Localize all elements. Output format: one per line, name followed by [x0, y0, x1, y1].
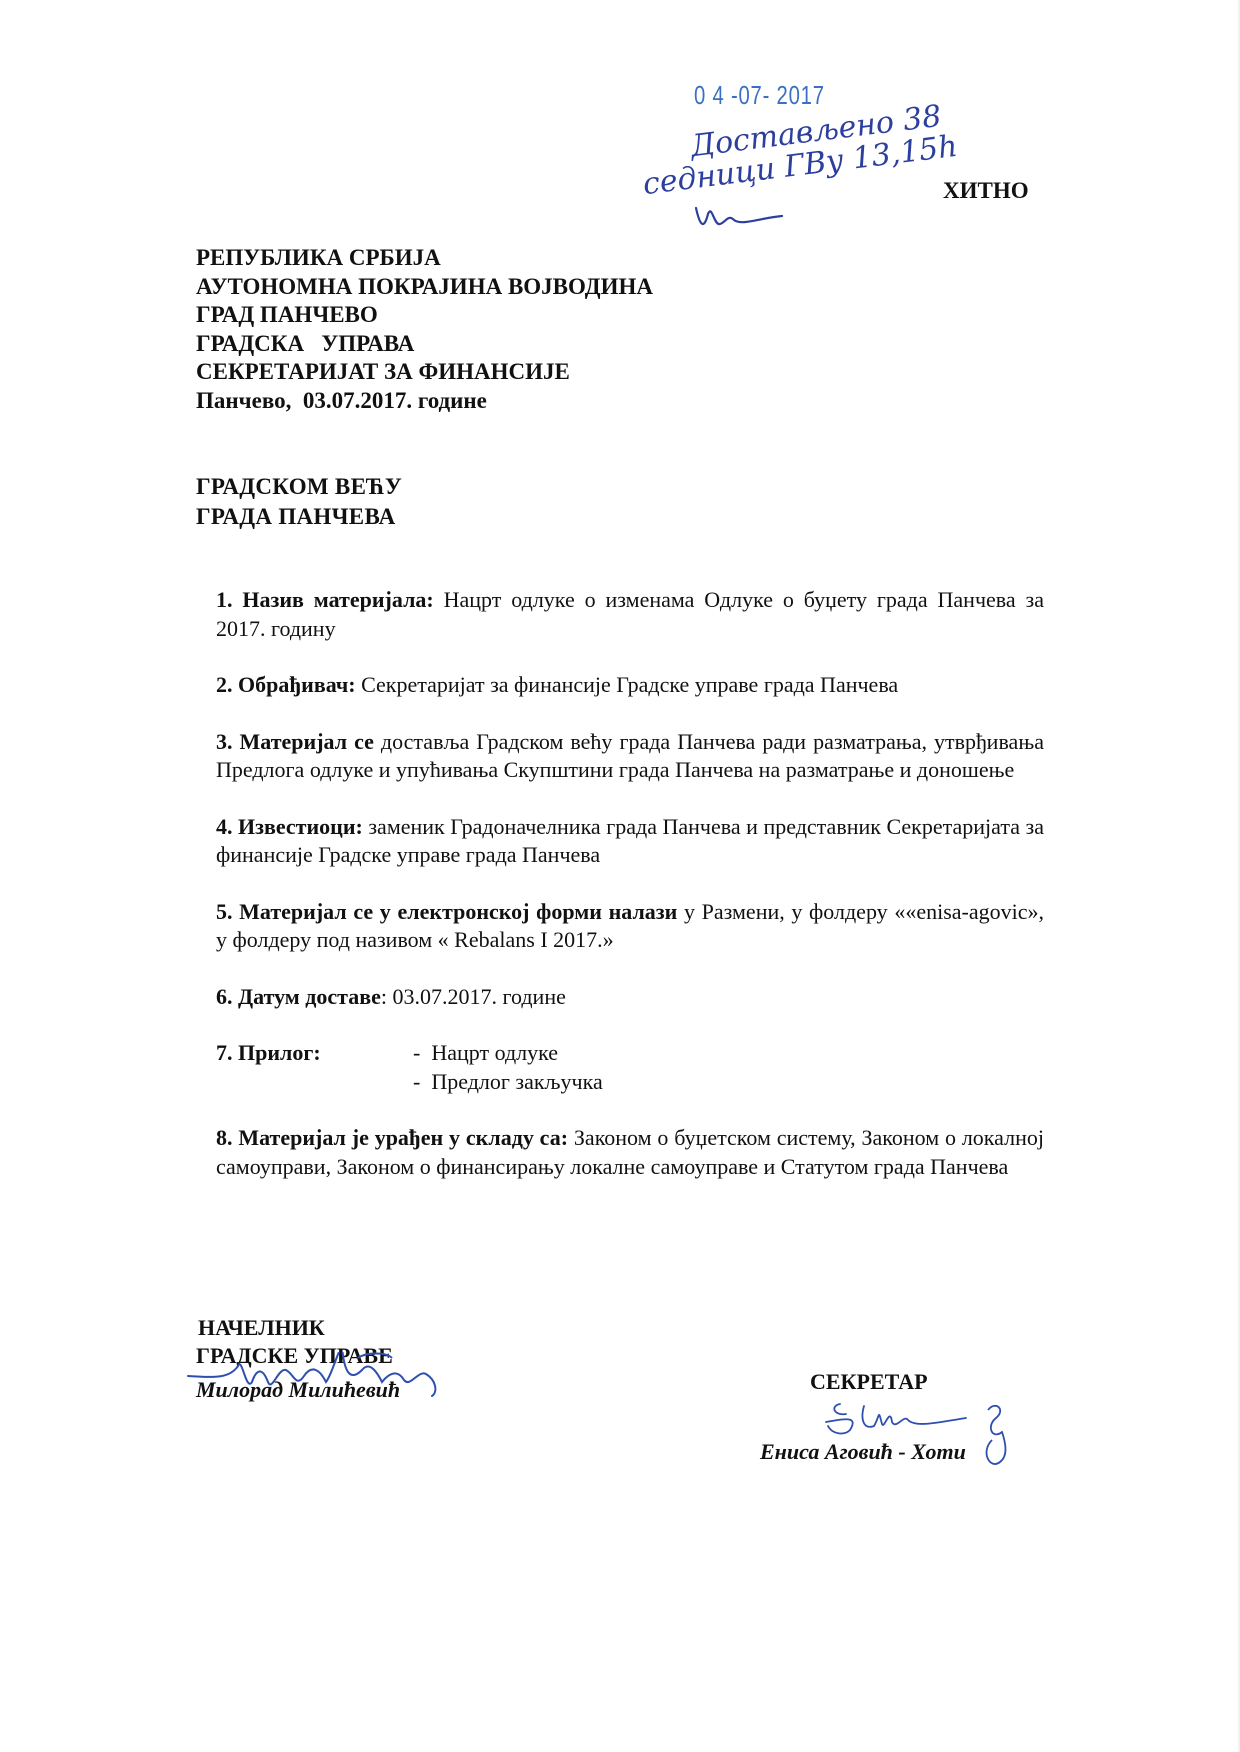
signer-title: СЕКРЕТАР: [810, 1368, 966, 1396]
attachment-item: - Нацрт одлуке: [413, 1039, 603, 1068]
initials-scribble-icon: [690, 196, 790, 236]
item-text: Секретаријат за финансије Градске управе…: [356, 672, 899, 697]
signature-secretary-icon: [820, 1396, 1060, 1486]
item-rapporteurs: 4. Известиоци: заменик Градоначелника гр…: [216, 813, 1044, 870]
sender-line: ГРАДСКА УПРАВА: [196, 330, 653, 359]
sender-header: РЕПУБЛИКА СРБИЈА АУТОНОМНА ПОКРАЈИНА ВОЈ…: [196, 244, 653, 415]
item-label: 7. Прилог:: [216, 1039, 413, 1096]
item-text: : 03.07.2017. године: [381, 984, 566, 1009]
item-preparer: 2. Обрађивач: Секретаријат за финансије …: [216, 671, 1044, 700]
attachment-list: - Нацрт одлуке - Предлог закључка: [413, 1039, 603, 1096]
item-label: 1. Назив материјала:: [216, 587, 434, 612]
signature-chief-icon: [186, 1352, 466, 1412]
addressee: ГРАДСКОМ ВЕЋУ ГРАДА ПАНЧЕВА: [196, 472, 402, 532]
material-items: 1. Назив материјала: Нацрт одлуке о изме…: [216, 586, 1044, 1209]
sender-line: РЕПУБЛИКА СРБИЈА: [196, 244, 653, 273]
item-label: 4. Известиоци:: [216, 814, 363, 839]
item-delivery-purpose: 3. Материјал се достављa Градском већу г…: [216, 728, 1044, 785]
item-label: 6. Датум доставе: [216, 984, 381, 1009]
item-label: 5. Материјал се у електронској форми нал…: [216, 899, 677, 924]
addressee-line: ГРАДСКОМ ВЕЋУ: [196, 472, 402, 502]
item-label: 3. Материјал се: [216, 729, 374, 754]
sender-line: ГРАД ПАНЧЕВО: [196, 301, 653, 330]
item-label: 2. Обрађивач:: [216, 672, 356, 697]
attachment-item: - Предлог закључка: [413, 1068, 603, 1097]
sender-place-date: Панчево, 03.07.2017. године: [196, 387, 653, 416]
item-legal-basis: 8. Материјал је урађен у складу са: Зако…: [216, 1124, 1044, 1181]
urgent-label: ХИТНО: [943, 178, 1029, 204]
item-label: 8. Материјал је урађен у складу са:: [216, 1125, 568, 1150]
item-delivery-date: 6. Датум доставе: 03.07.2017. године: [216, 983, 1044, 1012]
addressee-line: ГРАДА ПАНЧЕВА: [196, 502, 402, 532]
signer-title: НАЧЕЛНИК: [198, 1314, 400, 1342]
item-electronic-location: 5. Материјал се у електронској форми нал…: [216, 898, 1044, 955]
sender-line: АУТОНОМНА ПОКРАЈИНА ВОЈВОДИНА: [196, 273, 653, 302]
item-attachments: 7. Прилог: - Нацрт одлуке - Предлог закљ…: [216, 1039, 1044, 1096]
received-date-stamp: 0 4 -07- 2017: [694, 80, 825, 111]
sender-line: СЕКРЕТАРИЈАТ ЗА ФИНАНСИЈЕ: [196, 358, 653, 387]
item-material-name: 1. Назив материјала: Нацрт одлуке о изме…: [216, 586, 1044, 643]
